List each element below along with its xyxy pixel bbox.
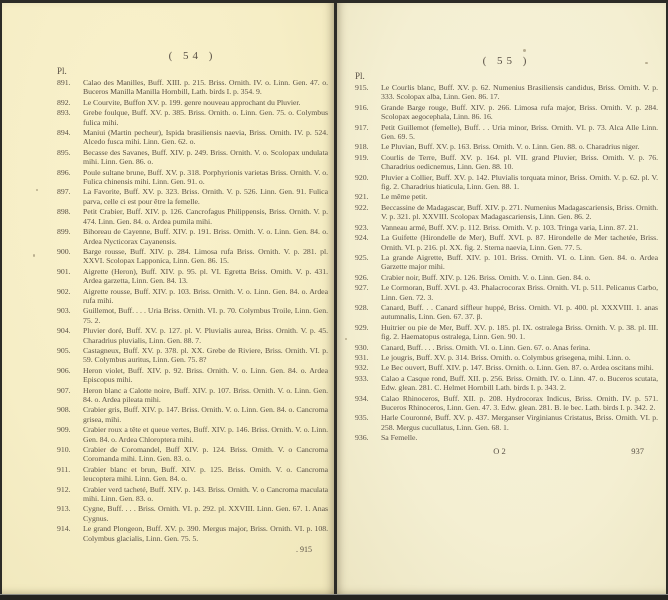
page-number-right: ( 55 ) [355, 54, 658, 68]
catalog-entry: 923.Vanneau armé, Buff. XV. p. 112. Bris… [355, 223, 658, 232]
catalog-entry: 912.Crabier verd tacheté, Buff. XIV. p. … [57, 485, 328, 504]
entry-number: 917. [355, 123, 381, 132]
catalog-entry: 901.Aigrette (Heron), Buff. XIV. p. 95. … [57, 267, 328, 286]
paper-speck [523, 49, 526, 52]
entry-text: Heron violet, Buff. XIV. p. 92. Briss. O… [83, 366, 328, 385]
entry-text: Crabier de Coromandel, Buff XIV. p. 124.… [83, 445, 328, 464]
entry-list-left: 891.Calao des Manilles, Buff. XIII. p. 2… [57, 78, 328, 543]
entry-text: Crabier roux a tête et queue vertes, Buf… [83, 425, 328, 444]
catalog-entry: 931.Le jougris, Buff. XV. p. 314. Briss.… [355, 353, 658, 362]
entry-text: Castagneux, Buff. XV. p. 378. pl. XX. Gr… [83, 346, 328, 365]
entry-text: Grebe foulque, Buff. XV. p. 385. Briss. … [83, 108, 328, 127]
entry-text: Le Courvite, Buffon XV. p. 199. genre no… [83, 98, 328, 107]
entry-text: Le même petit. [381, 192, 658, 201]
entry-text: Calao a Casque rond, Buff. XII. p. 256. … [381, 374, 658, 393]
entry-number: 891. [57, 78, 83, 87]
entry-number: 906. [57, 366, 83, 375]
entry-text: Le jougris, Buff. XV. p. 314. Briss. Orn… [381, 353, 658, 362]
catalog-entry: 934.Calao Rhinoceros, Buff. XII. p. 208.… [355, 394, 658, 413]
book-scan: ( 54 ) Pl. 891.Calao des Manilles, Buff.… [0, 0, 668, 600]
catalog-entry: 892.Le Courvite, Buffon XV. p. 199. genr… [57, 98, 328, 107]
entry-number: 894. [57, 128, 83, 137]
catalog-entry: 929.Huitrier ou pie de Mer, Buff. XV. p.… [355, 323, 658, 342]
entry-number: 907. [57, 386, 83, 395]
entry-number: 911. [57, 465, 83, 474]
entry-text: Bihoreau de Cayenne, Buff. XIV. p. 191. … [83, 227, 328, 246]
catalog-entry: 920.Pluvier a Collier, Buff. XV. p. 142.… [355, 173, 658, 192]
entry-list-right: 915.Le Courlis blanc, Buff. XV. p. 62. N… [355, 83, 658, 443]
catalog-entry: 899.Bihoreau de Cayenne, Buff. XIV. p. 1… [57, 227, 328, 246]
entry-text: Becasse des Savanes, Buff. XIV. p. 249. … [83, 148, 328, 167]
entry-text: Guillemot, Buff. . . . Uria Briss. Ornit… [83, 306, 328, 325]
catalog-entry: 932.Le Bec ouvert, Buff. XIV. p. 147. Br… [355, 363, 658, 372]
catalog-entry: 902.Aigrette rousse, Buff. XIV. p. 103. … [57, 287, 328, 306]
entry-text: Crabier noir, Buff. XIV. p. 126. Briss. … [381, 273, 658, 282]
entry-number: 909. [57, 425, 83, 434]
entry-text: Harle Couronné, Buff. XV. p. 437. Mergan… [381, 413, 658, 432]
entry-text: Heron blanc a Calotte noire, Buff. XIV. … [83, 386, 328, 405]
catalog-entry: 922.Beccassine de Madagascar, Buff. XIV.… [355, 203, 658, 222]
catalog-entry: 906.Heron violet, Buff. XIV. p. 92. Bris… [57, 366, 328, 385]
catalog-entry: 898.Petit Crabier, Buff. XIV. p. 126. Ca… [57, 207, 328, 226]
entry-text: La Favorite, Buff. XV. p. 323. Briss. Or… [83, 187, 328, 206]
catalog-entry: 926.Crabier noir, Buff. XIV. p. 126. Bri… [355, 273, 658, 282]
catalog-entry: 909.Crabier roux a tête et queue vertes,… [57, 425, 328, 444]
entry-number: 924. [355, 233, 381, 242]
footer-spacer [355, 446, 493, 456]
page-54: ( 54 ) Pl. 891.Calao des Manilles, Buff.… [2, 3, 334, 594]
entry-number: 904. [57, 326, 83, 335]
catalog-entry: 910.Crabier de Coromandel, Buff XIV. p. … [57, 445, 328, 464]
plate-column-label-left: Pl. [57, 66, 328, 76]
entry-text: Beccassine de Madagascar, Buff. XIV. p. … [381, 203, 658, 222]
paper-speck [36, 189, 38, 191]
page-55: ( 55 ) Pl. 915.Le Courlis blanc, Buff. X… [337, 3, 666, 594]
catalog-entry: 918.Le Pluvian, Buff. XV. p. 163. Briss.… [355, 142, 658, 151]
catalog-entry: 921.Le même petit. [355, 192, 658, 201]
entry-text: Petit Crabier, Buff. XIV. p. 126. Cancro… [83, 207, 328, 226]
entry-number: 900. [57, 247, 83, 256]
catalog-entry: 928.Canard, Buff. . . Canard siffleur hu… [355, 303, 658, 322]
entry-text: Crabier gris, Buff. XIV. p. 147. Briss. … [83, 405, 328, 424]
entry-number: 930. [355, 343, 381, 352]
catalog-entry: 915.Le Courlis blanc, Buff. XV. p. 62. N… [355, 83, 658, 102]
entry-text: La Guifette (Hirondelle de Mer), Buff. X… [381, 233, 658, 252]
entry-text: Aigrette (Heron), Buff. XIV. p. 95. pl. … [83, 267, 328, 286]
entry-text: Petit Guillemot (femelle), Buff. . . Uri… [381, 123, 658, 142]
entry-number: 915. [355, 83, 381, 92]
entry-text: Sa Femelle. [381, 433, 658, 442]
catalog-entry: 930.Canard, Buff. . . . Briss. Ornith. V… [355, 343, 658, 352]
entry-text: Poule sultane brune, Buff. XV. p. 318. P… [83, 168, 328, 187]
entry-number: 933. [355, 374, 381, 383]
entry-number: 914. [57, 524, 83, 533]
entry-text: La grande Aigrette, Buff. XIV. p. 101. B… [381, 253, 658, 272]
catalog-entry: 914.Le grand Plongeon, Buff. XV. p. 390.… [57, 524, 328, 543]
catalog-entry: 936.Sa Femelle. [355, 433, 658, 442]
entry-number: 928. [355, 303, 381, 312]
catalog-entry: 916.Grande Barge rouge, Buff. XIV. p. 26… [355, 103, 658, 122]
entry-text: Canard, Buff. . . . Briss. Ornith. VI. o… [381, 343, 658, 352]
paper-speck [645, 62, 648, 64]
entry-number: 936. [355, 433, 381, 442]
entry-text: Crabier verd tacheté, Buff. XIV. p. 143.… [83, 485, 328, 504]
entry-text: Cygne, Buff. . . . Briss. Ornith. VI. p.… [83, 504, 328, 523]
entry-number: 905. [57, 346, 83, 355]
entry-number: 932. [355, 363, 381, 372]
entry-text: Calao Rhinoceros, Buff. XII. p. 208. Hyd… [381, 394, 658, 413]
entry-number: 920. [355, 173, 381, 182]
entry-text: Huitrier ou pie de Mer, Buff. XV. p. 185… [381, 323, 658, 342]
scanner-edge [0, 594, 668, 600]
catalog-entry: 905.Castagneux, Buff. XV. p. 378. pl. XX… [57, 346, 328, 365]
catalog-entry: 908.Crabier gris, Buff. XIV. p. 147. Bri… [57, 405, 328, 424]
entry-number: 898. [57, 207, 83, 216]
page-footer-right: O 2 937 [355, 446, 658, 456]
catchword-right: 937 [506, 446, 658, 456]
entry-number: 895. [57, 148, 83, 157]
entry-number: 929. [355, 323, 381, 332]
entry-text: Le Cormoran, Buff. XVI. p. 43. Phalacroc… [381, 283, 658, 302]
entry-number: 927. [355, 283, 381, 292]
catchword-left: . 915 [57, 545, 328, 555]
entry-number: 934. [355, 394, 381, 403]
catalog-entry: 924.La Guifette (Hirondelle de Mer), Buf… [355, 233, 658, 252]
entry-text: Maniui (Martin pecheur), Ispida brasilie… [83, 128, 328, 147]
catalog-entry: 913.Cygne, Buff. . . . Briss. Ornith. VI… [57, 504, 328, 523]
catalog-entry: 900.Barge rousse, Buff. XIV. p. 284. Lim… [57, 247, 328, 266]
entry-number: 919. [355, 153, 381, 162]
entry-number: 935. [355, 413, 381, 422]
entry-text: Le Pluvian, Buff. XV. p. 163. Briss. Orn… [381, 142, 658, 151]
plate-column-label-right: Pl. [355, 71, 658, 81]
entry-number: 893. [57, 108, 83, 117]
catalog-entry: 896.Poule sultane brune, Buff. XV. p. 31… [57, 168, 328, 187]
catalog-entry: 917.Petit Guillemot (femelle), Buff. . .… [355, 123, 658, 142]
catalog-entry: 895.Becasse des Savanes, Buff. XIV. p. 2… [57, 148, 328, 167]
entry-text: Barge rousse, Buff. XIV. p. 284. Limosa … [83, 247, 328, 266]
entry-number: 903. [57, 306, 83, 315]
signature-mark: O 2 [493, 446, 506, 456]
catalog-entry: 925.La grande Aigrette, Buff. XIV. p. 10… [355, 253, 658, 272]
entry-number: 923. [355, 223, 381, 232]
entry-text: Le Courlis blanc, Buff. XV. p. 62. Numen… [381, 83, 658, 102]
entry-number: 896. [57, 168, 83, 177]
entry-number: 901. [57, 267, 83, 276]
entry-text: Calao des Manilles, Buff. XIII. p. 215. … [83, 78, 328, 97]
catalog-entry: 907.Heron blanc a Calotte noire, Buff. X… [57, 386, 328, 405]
entry-number: 918. [355, 142, 381, 151]
entry-number: 913. [57, 504, 83, 513]
entry-text: Crabier blanc et brun, Buff. XIV. p. 125… [83, 465, 328, 484]
entry-text: Grande Barge rouge, Buff. XIV. p. 266. L… [381, 103, 658, 122]
entry-number: 921. [355, 192, 381, 201]
entry-number: 899. [57, 227, 83, 236]
entry-number: 912. [57, 485, 83, 494]
paper-speck [33, 254, 35, 257]
catalog-entry: 891.Calao des Manilles, Buff. XIII. p. 2… [57, 78, 328, 97]
catalog-entry: 935.Harle Couronné, Buff. XV. p. 437. Me… [355, 413, 658, 432]
entry-number: 902. [57, 287, 83, 296]
entry-number: 922. [355, 203, 381, 212]
catalog-entry: 919.Courlis de Terre, Buff. XV. p. 164. … [355, 153, 658, 172]
entry-number: 926. [355, 273, 381, 282]
catalog-entry: 893.Grebe foulque, Buff. XV. p. 385. Bri… [57, 108, 328, 127]
entry-text: Le grand Plongeon, Buff. XV. p. 390. Mer… [83, 524, 328, 543]
entry-number: 908. [57, 405, 83, 414]
catalog-entry: 903.Guillemot, Buff. . . . Uria Briss. O… [57, 306, 328, 325]
entry-text: Pluvier a Collier, Buff. XV. p. 142. Plu… [381, 173, 658, 192]
catalog-entry: 894.Maniui (Martin pecheur), Ispida bras… [57, 128, 328, 147]
entry-number: 897. [57, 187, 83, 196]
catalog-entry: 933.Calao a Casque rond, Buff. XII. p. 2… [355, 374, 658, 393]
entry-number: 931. [355, 353, 381, 362]
catalog-entry: 927.Le Cormoran, Buff. XVI. p. 43. Phala… [355, 283, 658, 302]
entry-text: Canard, Buff. . . Canard siffleur huppé,… [381, 303, 658, 322]
catalog-entry: 897.La Favorite, Buff. XV. p. 323. Briss… [57, 187, 328, 206]
entry-text: Pluvier doré, Buff. XV. p. 127. pl. V. P… [83, 326, 328, 345]
entry-text: Vanneau armé, Buff. XV. p. 112. Briss. O… [381, 223, 658, 232]
entry-number: 925. [355, 253, 381, 262]
entry-text: Aigrette rousse, Buff. XIV. p. 103. Bris… [83, 287, 328, 306]
catalog-entry: 911.Crabier blanc et brun, Buff. XIV. p.… [57, 465, 328, 484]
entry-number: 892. [57, 98, 83, 107]
paper-speck [345, 338, 347, 340]
entry-number: 916. [355, 103, 381, 112]
entry-text: Le Bec ouvert, Buff. XIV. p. 147. Briss.… [381, 363, 658, 372]
page-number-left: ( 54 ) [57, 49, 328, 63]
entry-text: Courlis de Terre, Buff. XV. p. 164. pl. … [381, 153, 658, 172]
catalog-entry: 904.Pluvier doré, Buff. XV. p. 127. pl. … [57, 326, 328, 345]
entry-number: 910. [57, 445, 83, 454]
